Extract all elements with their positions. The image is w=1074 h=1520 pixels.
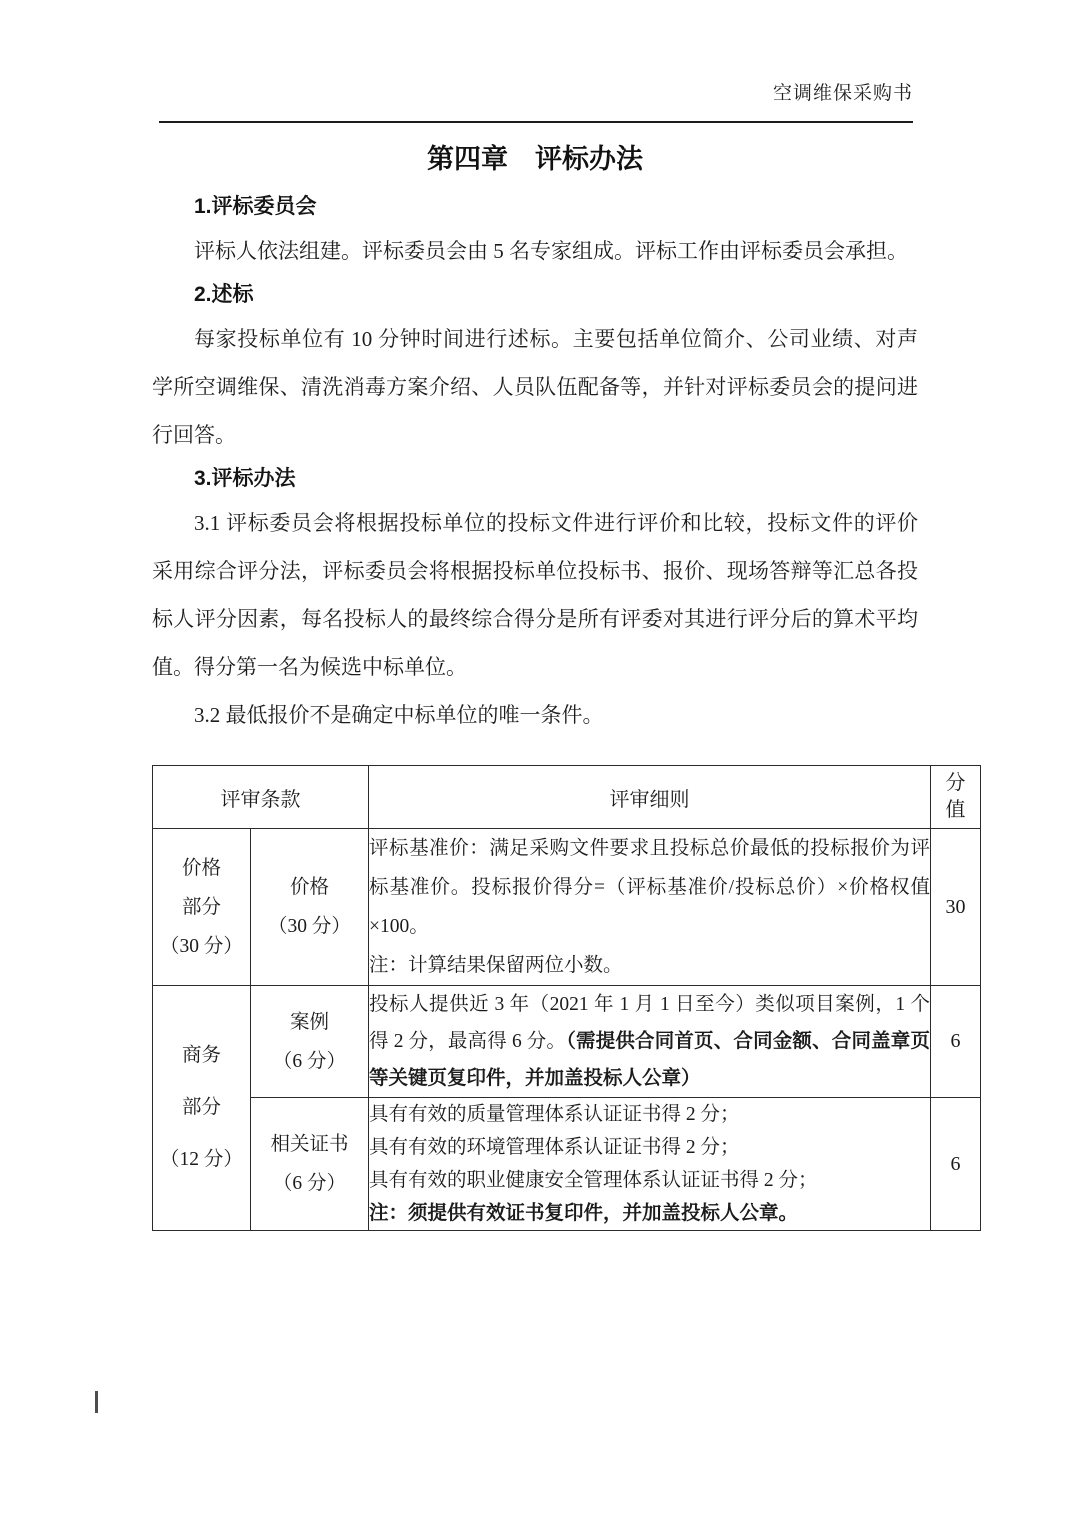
score-cell-price: 30	[931, 829, 981, 986]
criteria-group-cell-business: 商务 部分 （12 分）	[153, 986, 251, 1231]
criteria-group-cell-price: 价格 部分 （30 分）	[153, 829, 251, 986]
document-page: 空调维保采购书 第四章 评标办法 1.评标委员会 评标人依法组建。评标委员会由 …	[0, 0, 1074, 1520]
header-rule	[159, 121, 913, 123]
section-heading-2: 2.述标	[152, 275, 918, 315]
margin-tick-mark	[95, 1391, 98, 1413]
table-header-row: 评审条款 评审细则 分 值	[153, 766, 981, 829]
chapter-title: 第四章 评标办法	[152, 143, 918, 175]
paragraph: 3.2 最低报价不是确定中标单位的唯一条件。	[152, 691, 918, 739]
table-row: 价格 部分 （30 分） 价格 （30 分） 评标基准价：满足采购文件要求且投标…	[153, 829, 981, 986]
detail-text: 具有有效的职业健康安全管理体系认证证书得 2 分；	[369, 1164, 930, 1197]
detail-cell-certificates: 具有有效的质量管理体系认证证书得 2 分； 具有有效的环境管理体系认证证书得 2…	[369, 1098, 931, 1231]
paragraph: 3.1 评标委员会将根据投标单位的投标文件进行评价和比较，投标文件的评价采用综合…	[152, 499, 918, 691]
score-cell-case: 6	[931, 986, 981, 1098]
paragraph: 评标人依法组建。评标委员会由 5 名专家组成。评标工作由评标委员会承担。	[152, 227, 918, 275]
detail-text: 具有有效的环境管理体系认证证书得 2 分；	[369, 1131, 930, 1164]
score-cell-certificates: 6	[931, 1098, 981, 1231]
detail-note-bold: 注：须提供有效证书复印件，并加盖投标人公章。	[369, 1197, 930, 1230]
detail-note: 注：计算结果保留两位小数。	[369, 946, 930, 985]
detail-cell-case: 投标人提供近 3 年（2021 年 1 月 1 日至今）类似项目案例，1 个得 …	[369, 986, 931, 1098]
section-heading-1: 1.评标委员会	[152, 187, 918, 227]
evaluation-score-table: 评审条款 评审细则 分 值 价格 部分 （30 分） 价格 （30 分） 评标基…	[152, 765, 981, 1231]
running-header-title: 空调维保采购书	[158, 78, 913, 105]
header-cell-criteria: 评审条款	[153, 766, 369, 829]
table-row: 相关证书 （6 分） 具有有效的质量管理体系认证证书得 2 分； 具有有效的环境…	[153, 1098, 981, 1231]
document-content: 第四章 评标办法 1.评标委员会 评标人依法组建。评标委员会由 5 名专家组成。…	[152, 138, 918, 1231]
header-cell-details: 评审细则	[369, 766, 931, 829]
detail-text: 投标人提供近 3 年（2021 年 1 月 1 日至今）类似项目案例，1 个得 …	[369, 986, 930, 1097]
paragraph: 每家投标单位有 10 分钟时间进行述标。主要包括单位简介、公司业绩、对声学所空调…	[152, 315, 918, 459]
detail-text: 评标基准价：满足采购文件要求且投标总价最低的投标报价为评标基准价。投标报价得分=…	[369, 829, 930, 946]
criteria-sub-cell-price: 价格 （30 分）	[251, 829, 369, 986]
section-heading-3: 3.评标办法	[152, 459, 918, 499]
header-cell-score: 分 值	[931, 766, 981, 829]
detail-cell-price: 评标基准价：满足采购文件要求且投标总价最低的投标报价为评标基准价。投标报价得分=…	[369, 829, 931, 986]
table-row: 商务 部分 （12 分） 案例 （6 分） 投标人提供近 3 年（2021 年 …	[153, 986, 981, 1098]
criteria-sub-cell-certificates: 相关证书 （6 分）	[251, 1098, 369, 1231]
detail-text: 具有有效的质量管理体系认证证书得 2 分；	[369, 1098, 930, 1131]
criteria-sub-cell-case: 案例 （6 分）	[251, 986, 369, 1098]
